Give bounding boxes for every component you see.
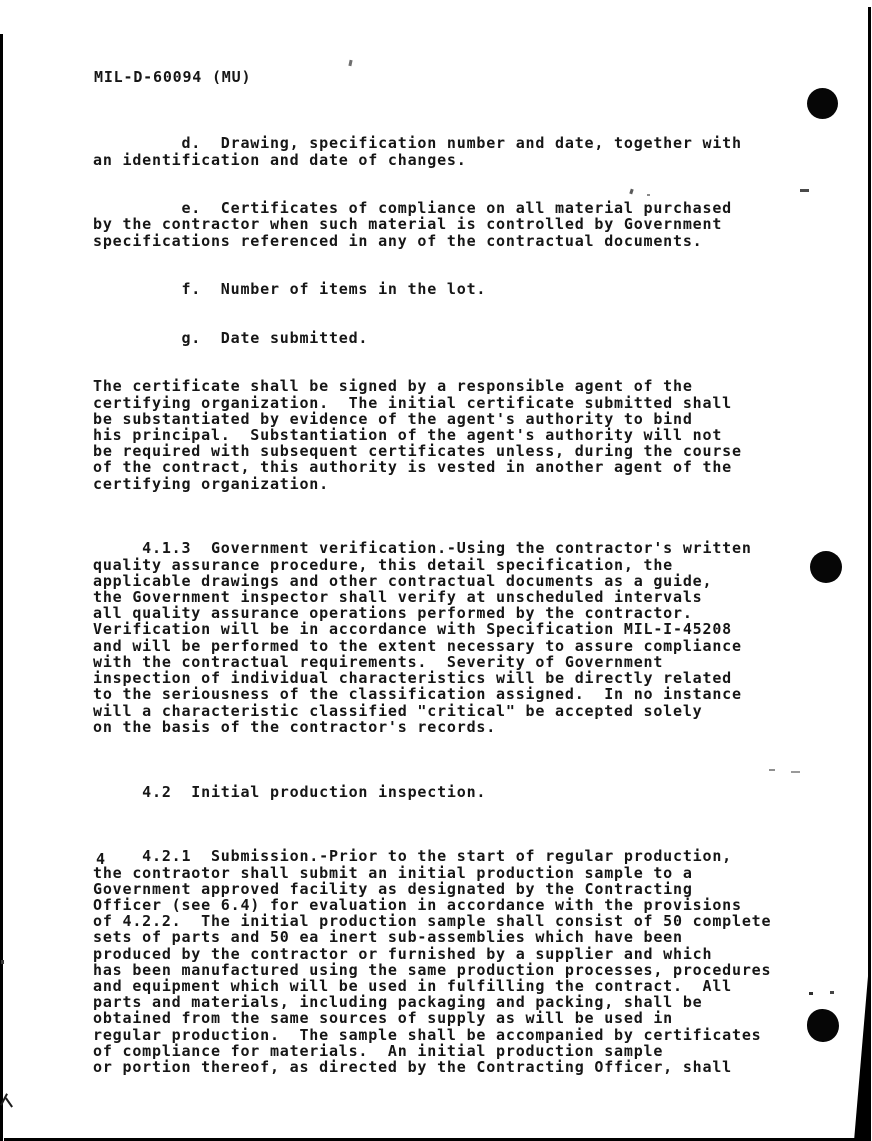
binder-hole-mark-top: [807, 88, 838, 119]
document-page: MIL-D-60094 (MU) d. Drawing, specificati…: [0, 0, 872, 1141]
page-edge-left: [0, 34, 3, 1141]
section-4-2-1-paragraph: 4.2.1 Submission.-Prior to the start of …: [93, 848, 771, 1075]
certificate-paragraph: The certificate shall be signed by a res…: [93, 378, 771, 491]
document-body: d. Drawing, specification number and dat…: [93, 103, 771, 1108]
scan-speck: [1, 960, 4, 964]
scan-speck: [791, 771, 800, 773]
binder-hole-mark-bottom: [807, 1009, 839, 1042]
scan-speck: [830, 991, 834, 994]
corner-scan-mark: [5, 1097, 13, 1107]
list-item-f: f. Number of items in the lot.: [93, 281, 771, 297]
scan-speck: [809, 992, 813, 995]
list-item-e: e. Certificates of compliance on all mat…: [93, 200, 771, 249]
section-4-2-heading: 4.2 Initial production inspection.: [93, 784, 771, 800]
scan-speck: [769, 769, 775, 771]
section-4-1-3-paragraph: 4.1.3 Government verification.-Using the…: [93, 540, 771, 734]
page-number: 4: [96, 851, 106, 867]
list-item-g: g. Date submitted.: [93, 330, 771, 346]
scan-speck: [647, 194, 650, 196]
binder-hole-mark-middle: [810, 551, 842, 583]
scan-speck: [800, 189, 809, 192]
list-item-d: d. Drawing, specification number and dat…: [93, 135, 771, 167]
page-edge-bottom: [4, 1138, 862, 1141]
scan-speck: [348, 60, 352, 66]
page-edge-right-wedge: [854, 941, 871, 1141]
document-number-header: MIL-D-60094 (MU): [94, 69, 251, 85]
